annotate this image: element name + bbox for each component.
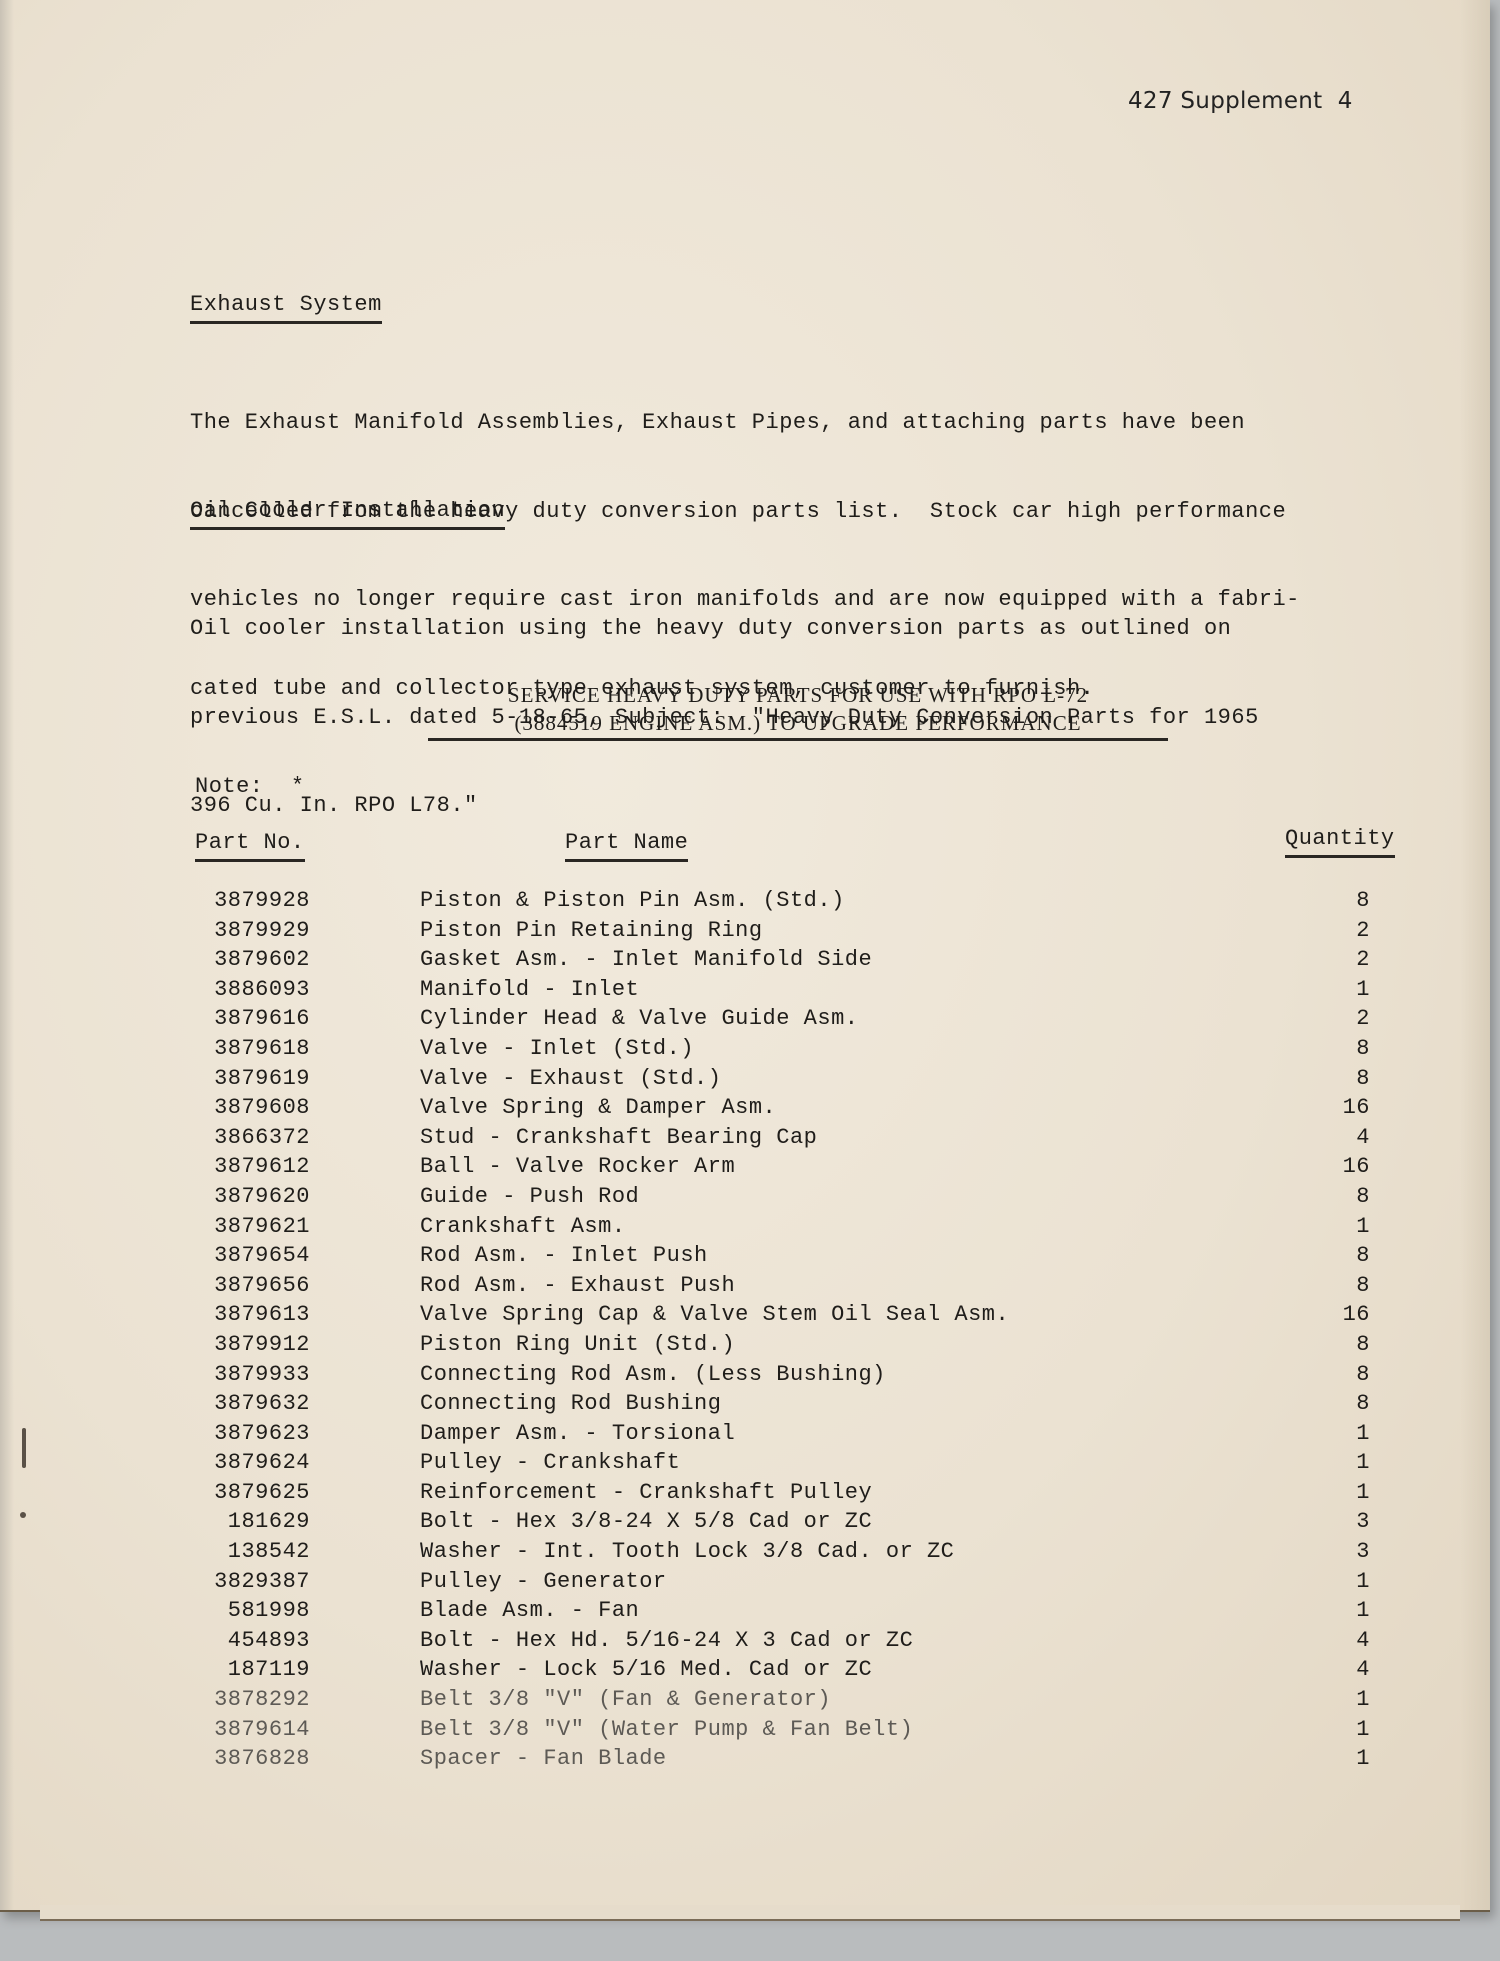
part-name: Bolt - Hex Hd. 5/16-24 X 3 Cad or ZC <box>420 1628 913 1653</box>
part-name: Gasket Asm. - Inlet Manifold Side <box>420 947 872 972</box>
table-row: 3879624Pulley - Crankshaft1 <box>0 1450 1500 1480</box>
part-name: Crankshaft Asm. <box>420 1214 626 1239</box>
page-header: 427 Supplement 4 <box>1128 88 1353 114</box>
quantity: 1 <box>1300 1214 1370 1239</box>
part-number: 3879619 <box>195 1066 310 1091</box>
table-row: 3879614Belt 3/8 "V" (Water Pump & Fan Be… <box>0 1717 1500 1747</box>
table-row: 3879632Connecting Rod Bushing8 <box>0 1391 1500 1421</box>
column-header-part-name: Part Name <box>565 830 688 862</box>
part-number: 138542 <box>195 1539 310 1564</box>
part-number: 3879620 <box>195 1184 310 1209</box>
document-page: 427 Supplement 4 Exhaust System The Exha… <box>0 0 1490 1912</box>
part-number: 3879654 <box>195 1243 310 1268</box>
table-row: 3878292Belt 3/8 "V" (Fan & Generator)1 <box>0 1687 1500 1717</box>
parts-list-title: SERVICE HEAVY DUTY PARTS FOR USE WITH RP… <box>428 681 1168 737</box>
quantity: 1 <box>1300 1421 1370 1446</box>
table-row: 454893Bolt - Hex Hd. 5/16-24 X 3 Cad or … <box>0 1628 1500 1658</box>
part-name: Rod Asm. - Inlet Push <box>420 1243 708 1268</box>
quantity: 1 <box>1300 1746 1370 1771</box>
quantity: 3 <box>1300 1539 1370 1564</box>
table-row: 3879619Valve - Exhaust (Std.)8 <box>0 1066 1500 1096</box>
part-name: Rod Asm. - Exhaust Push <box>420 1273 735 1298</box>
quantity: 8 <box>1300 1066 1370 1091</box>
table-row: 3879929Piston Pin Retaining Ring2 <box>0 918 1500 948</box>
part-name: Belt 3/8 "V" (Fan & Generator) <box>420 1687 831 1712</box>
table-row: 581998Blade Asm. - Fan1 <box>0 1598 1500 1628</box>
part-number: 3879625 <box>195 1480 310 1505</box>
table-row: 3879616Cylinder Head & Valve Guide Asm.2 <box>0 1006 1500 1036</box>
part-number: 3878292 <box>195 1687 310 1712</box>
part-name: Piston Pin Retaining Ring <box>420 918 763 943</box>
part-name: Piston & Piston Pin Asm. (Std.) <box>420 888 845 913</box>
table-row: 3879612Ball - Valve Rocker Arm16 <box>0 1154 1500 1184</box>
part-name: Washer - Int. Tooth Lock 3/8 Cad. or ZC <box>420 1539 954 1564</box>
part-name: Ball - Valve Rocker Arm <box>420 1154 735 1179</box>
paragraph-line: The Exhaust Manifold Assemblies, Exhaust… <box>190 408 1390 438</box>
part-number: 3879621 <box>195 1214 310 1239</box>
table-row: 3876828Spacer - Fan Blade1 <box>0 1746 1500 1776</box>
quantity: 8 <box>1300 1391 1370 1416</box>
quantity: 4 <box>1300 1657 1370 1682</box>
part-name: Guide - Push Rod <box>420 1184 639 1209</box>
part-number: 3879602 <box>195 947 310 972</box>
part-number: 3879928 <box>195 888 310 913</box>
quantity: 1 <box>1300 1450 1370 1475</box>
quantity: 4 <box>1300 1125 1370 1150</box>
part-name: Stud - Crankshaft Bearing Cap <box>420 1125 817 1150</box>
part-name: Pulley - Generator <box>420 1569 667 1594</box>
section-heading-oil-cooler: Oil Cooler Installation <box>190 498 505 530</box>
quantity: 2 <box>1300 947 1370 972</box>
part-number: 3879632 <box>195 1391 310 1416</box>
part-name: Connecting Rod Bushing <box>420 1391 721 1416</box>
part-number: 3879614 <box>195 1717 310 1742</box>
quantity: 1 <box>1300 977 1370 1002</box>
table-row: 3879618Valve - Inlet (Std.)8 <box>0 1036 1500 1066</box>
quantity: 1 <box>1300 1569 1370 1594</box>
table-row: 138542Washer - Int. Tooth Lock 3/8 Cad. … <box>0 1539 1500 1569</box>
quantity: 1 <box>1300 1717 1370 1742</box>
table-row: 187119Washer - Lock 5/16 Med. Cad or ZC4 <box>0 1657 1500 1687</box>
quantity: 1 <box>1300 1598 1370 1623</box>
part-name: Bolt - Hex 3/8-24 X 5/8 Cad or ZC <box>420 1509 872 1534</box>
table-row: 3879620Guide - Push Rod8 <box>0 1184 1500 1214</box>
column-header-quantity: Quantity <box>1285 826 1395 858</box>
table-row: 3879928Piston & Piston Pin Asm. (Std.)8 <box>0 888 1500 918</box>
part-name: Piston Ring Unit (Std.) <box>420 1332 735 1357</box>
table-row: 3879602Gasket Asm. - Inlet Manifold Side… <box>0 947 1500 977</box>
quantity: 4 <box>1300 1628 1370 1653</box>
table-row: 3879621Crankshaft Asm.1 <box>0 1214 1500 1244</box>
part-name: Manifold - Inlet <box>420 977 639 1002</box>
part-number: 581998 <box>195 1598 310 1623</box>
column-header-part-no: Part No. <box>195 830 305 862</box>
part-name: Damper Asm. - Torsional <box>420 1421 735 1446</box>
quantity: 8 <box>1300 1362 1370 1387</box>
underlying-pages <box>40 1905 1460 1921</box>
part-number: 3879933 <box>195 1362 310 1387</box>
title-underline <box>428 738 1168 741</box>
part-name: Spacer - Fan Blade <box>420 1746 667 1771</box>
quantity: 8 <box>1300 1184 1370 1209</box>
paragraph-line: Oil cooler installation using the heavy … <box>190 614 1390 644</box>
table-row: 3879623Damper Asm. - Torsional1 <box>0 1421 1500 1451</box>
quantity: 8 <box>1300 1332 1370 1357</box>
part-name: Connecting Rod Asm. (Less Bushing) <box>420 1362 886 1387</box>
part-number: 454893 <box>195 1628 310 1653</box>
quantity: 8 <box>1300 1036 1370 1061</box>
part-name: Valve - Inlet (Std.) <box>420 1036 694 1061</box>
part-name: Washer - Lock 5/16 Med. Cad or ZC <box>420 1657 872 1682</box>
part-number: 3879912 <box>195 1332 310 1357</box>
part-number: 3876828 <box>195 1746 310 1771</box>
paragraph-line: 396 Cu. In. RPO L78." <box>190 791 1390 821</box>
quantity: 8 <box>1300 1243 1370 1268</box>
part-number: 181629 <box>195 1509 310 1534</box>
table-row: 3886093Manifold - Inlet1 <box>0 977 1500 1007</box>
part-number: 3879624 <box>195 1450 310 1475</box>
part-name: Valve - Exhaust (Std.) <box>420 1066 721 1091</box>
quantity: 2 <box>1300 918 1370 943</box>
part-name: Reinforcement - Crankshaft Pulley <box>420 1480 872 1505</box>
quantity: 16 <box>1300 1095 1370 1120</box>
quantity: 2 <box>1300 1006 1370 1031</box>
table-row: 3866372Stud - Crankshaft Bearing Cap4 <box>0 1125 1500 1155</box>
part-number: 3879613 <box>195 1302 310 1327</box>
part-name: Valve Spring Cap & Valve Stem Oil Seal A… <box>420 1302 1009 1327</box>
table-row: 3879656Rod Asm. - Exhaust Push8 <box>0 1273 1500 1303</box>
table-row: 3879608Valve Spring & Damper Asm.16 <box>0 1095 1500 1125</box>
table-row: 181629Bolt - Hex 3/8-24 X 5/8 Cad or ZC3 <box>0 1509 1500 1539</box>
table-row: 3879933Connecting Rod Asm. (Less Bushing… <box>0 1362 1500 1392</box>
part-number: 3879612 <box>195 1154 310 1179</box>
parts-table: 3879928Piston & Piston Pin Asm. (Std.)83… <box>0 888 1500 1776</box>
part-number: 3879656 <box>195 1273 310 1298</box>
quantity: 8 <box>1300 888 1370 913</box>
part-name: Blade Asm. - Fan <box>420 1598 639 1623</box>
quantity: 1 <box>1300 1687 1370 1712</box>
part-number: 3879608 <box>195 1095 310 1120</box>
quantity: 8 <box>1300 1273 1370 1298</box>
table-row: 3879625Reinforcement - Crankshaft Pulley… <box>0 1480 1500 1510</box>
part-number: 3879616 <box>195 1006 310 1031</box>
table-row: 3829387Pulley - Generator1 <box>0 1569 1500 1599</box>
quantity: 1 <box>1300 1480 1370 1505</box>
parts-list-title-line2: (3884519 ENGINE ASM.) TO UPGRADE PERFORM… <box>428 709 1168 737</box>
part-number: 3866372 <box>195 1125 310 1150</box>
table-row: 3879654Rod Asm. - Inlet Push8 <box>0 1243 1500 1273</box>
part-number: 3829387 <box>195 1569 310 1594</box>
table-row: 3879912Piston Ring Unit (Std.)8 <box>0 1332 1500 1362</box>
parts-list-title-line1: SERVICE HEAVY DUTY PARTS FOR USE WITH RP… <box>428 681 1168 709</box>
part-number: 3886093 <box>195 977 310 1002</box>
section-heading-exhaust-system: Exhaust System <box>190 292 382 324</box>
quantity: 16 <box>1300 1302 1370 1327</box>
part-number: 187119 <box>195 1657 310 1682</box>
part-number: 3879929 <box>195 918 310 943</box>
quantity: 16 <box>1300 1154 1370 1179</box>
table-row: 3879613Valve Spring Cap & Valve Stem Oil… <box>0 1302 1500 1332</box>
part-name: Valve Spring & Damper Asm. <box>420 1095 776 1120</box>
part-name: Pulley - Crankshaft <box>420 1450 680 1475</box>
part-number: 3879623 <box>195 1421 310 1446</box>
quantity: 3 <box>1300 1509 1370 1534</box>
part-name: Belt 3/8 "V" (Water Pump & Fan Belt) <box>420 1717 913 1742</box>
part-number: 3879618 <box>195 1036 310 1061</box>
note-label: Note: * <box>195 774 305 799</box>
part-name: Cylinder Head & Valve Guide Asm. <box>420 1006 858 1031</box>
